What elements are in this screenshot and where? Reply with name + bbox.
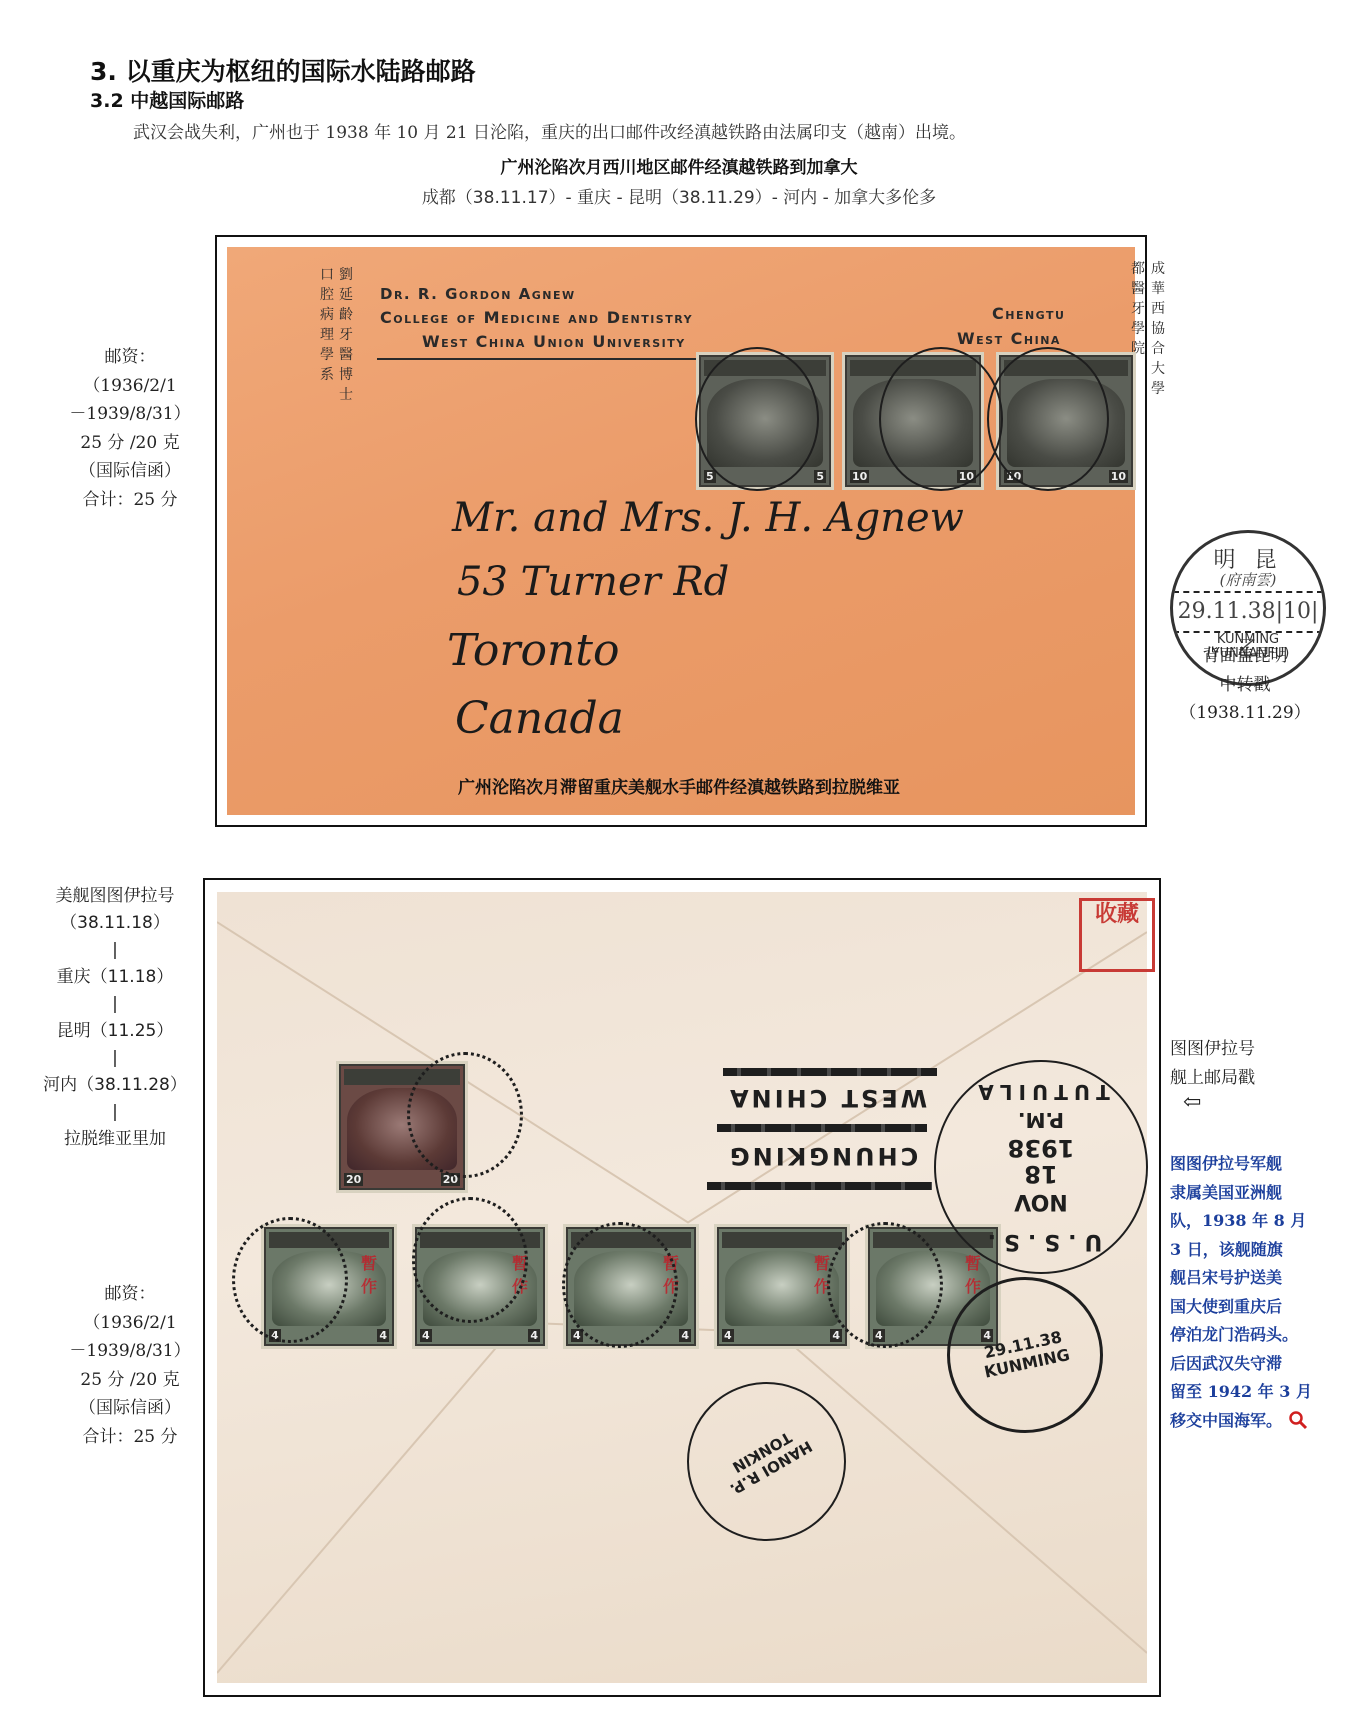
cover2-frame: 收藏 2020 暫作 44 暫作 44 暫作 44 暫作 44 — [203, 878, 1161, 1697]
printed-rule — [377, 358, 702, 360]
cn-left-col1: 口腔病理學系 — [320, 265, 336, 385]
cover2-envelope-back[interactable]: 收藏 2020 暫作 44 暫作 44 暫作 44 暫作 44 — [217, 892, 1147, 1683]
cancel-ring-2 — [879, 347, 1003, 491]
postage-period-start: （1936/2/1 — [55, 372, 205, 401]
section-title: 3. 以重庆为枢纽的国际水陆路邮路 — [90, 52, 476, 88]
cn-right-col1: 都醫牙學院 — [1131, 259, 1147, 359]
cancel-ring-1 — [695, 347, 819, 491]
uss-tutuila-postmark: U.S.S. NOV 18 1938 P.M. TUTUILA — [934, 1060, 1148, 1274]
cancel-ring-3 — [987, 347, 1109, 491]
cn-right-col2: 成華西協合大學 — [1151, 259, 1167, 399]
subsection-title: 3.2 中越国际邮路 — [90, 86, 244, 113]
cancel-dotted — [562, 1222, 678, 1348]
printed-city: Chengtu — [992, 304, 1065, 323]
cancel-dotted — [412, 1197, 528, 1323]
chungking-bar-bottom — [707, 1182, 932, 1190]
cancel-dotted — [827, 1222, 943, 1348]
route-step: | — [30, 937, 200, 964]
address-line-4: Canada — [455, 693, 624, 744]
cancel-dotted — [232, 1217, 348, 1343]
route-step: 昆明（11.25） — [30, 1018, 200, 1045]
chungking-bar-mid — [717, 1124, 927, 1132]
cover1-caption: 广州沦陷次月西川地区邮件经滇越铁路到加拿大 — [0, 153, 1358, 178]
route-step: | — [30, 1099, 200, 1126]
route-step: 美舰图图伊拉号 — [30, 883, 200, 910]
route-step: | — [30, 991, 200, 1018]
cover2-caption: 广州沦陷次月滞留重庆美舰水手邮件经滇越铁路到拉脱维亚 — [0, 773, 1358, 798]
printed-country: West China — [957, 329, 1061, 348]
route-step: 拉脱维亚里加 — [30, 1126, 200, 1153]
cover1-envelope[interactable]: 口腔病理學系 劉延齡牙醫博士 都醫牙學院 成華西協合大學 Dr. R. Gord… — [227, 247, 1135, 815]
postage-period-end: －1939/8/31） — [55, 400, 205, 429]
magnifier-icon[interactable] — [1288, 1410, 1308, 1430]
route-step: 重庆（11.18） — [30, 964, 200, 991]
route-step: （38.11.18） — [30, 910, 200, 937]
arrow-note: 图图伊拉号 舰上邮局戳 — [1170, 1035, 1280, 1092]
postage-rate: 25 分 /20 克 — [55, 429, 205, 458]
printed-college: College of Medicine and Dentistry — [380, 308, 693, 327]
cover1-postage-note: 邮资： （1936/2/1 －1939/8/31） 25 分 /20 克 （国际… — [55, 343, 205, 514]
hanoi-postmark: HANOI R.P. TONKIN — [687, 1382, 846, 1541]
postage-type: （国际信函） — [55, 457, 205, 486]
printed-university: West China Union University — [422, 332, 686, 351]
address-line-2: 53 Turner Rd — [457, 559, 729, 605]
postage-label: 邮资： — [55, 343, 205, 372]
address-line-3: Toronto — [447, 625, 619, 676]
tutuila-history-note: 图图伊拉号军舰 隶属美国亚洲舰 队，1938 年 8 月 3 日，该舰随旗 舰吕… — [1170, 1150, 1328, 1435]
collector-seal: 收藏 — [1079, 898, 1155, 972]
backstamp-note: 背面盖昆明 中转戳 （1938.11.29） — [1170, 642, 1320, 728]
postage-total: 合计：25 分 — [55, 486, 205, 515]
cover1-frame: 口腔病理學系 劉延齡牙醫博士 都醫牙學院 成華西協合大學 Dr. R. Gord… — [215, 235, 1147, 827]
address-line-1: Mr. and Mrs. J. H. Agnew — [452, 495, 964, 541]
route-step: 河内（38.11.28） — [30, 1072, 200, 1099]
chungking-bar-top — [723, 1068, 937, 1076]
chungking-cancel-line1: WEST CHINA — [727, 1084, 927, 1112]
cover2-route: 美舰图图伊拉号 （38.11.18） | 重庆（11.18） | 昆明（11.2… — [30, 883, 200, 1153]
arrow-left-icon: ⇦ — [1183, 1090, 1201, 1115]
cancel-dotted — [407, 1052, 523, 1178]
cover2-postage-note: 邮资： （1936/2/1 －1939/8/31） 25 分 /20 克 （国际… — [55, 1280, 205, 1451]
chungking-cancel-line2: CHUNGKING — [727, 1142, 918, 1170]
kunming-postmark: 29.11.38 KUNMING — [947, 1277, 1103, 1433]
cn-left-col2: 劉延齡牙醫博士 — [339, 265, 355, 405]
intro-paragraph: 武汉会战失利，广州也于 1938 年 10 月 21 日沦陷，重庆的出口邮件改经… — [133, 118, 966, 143]
printed-name: Dr. R. Gordon Agnew — [380, 285, 576, 303]
cover1-route: 成都（38.11.17）- 重庆 - 昆明（38.11.29）- 河内 - 加拿… — [0, 183, 1358, 208]
route-step: | — [30, 1045, 200, 1072]
